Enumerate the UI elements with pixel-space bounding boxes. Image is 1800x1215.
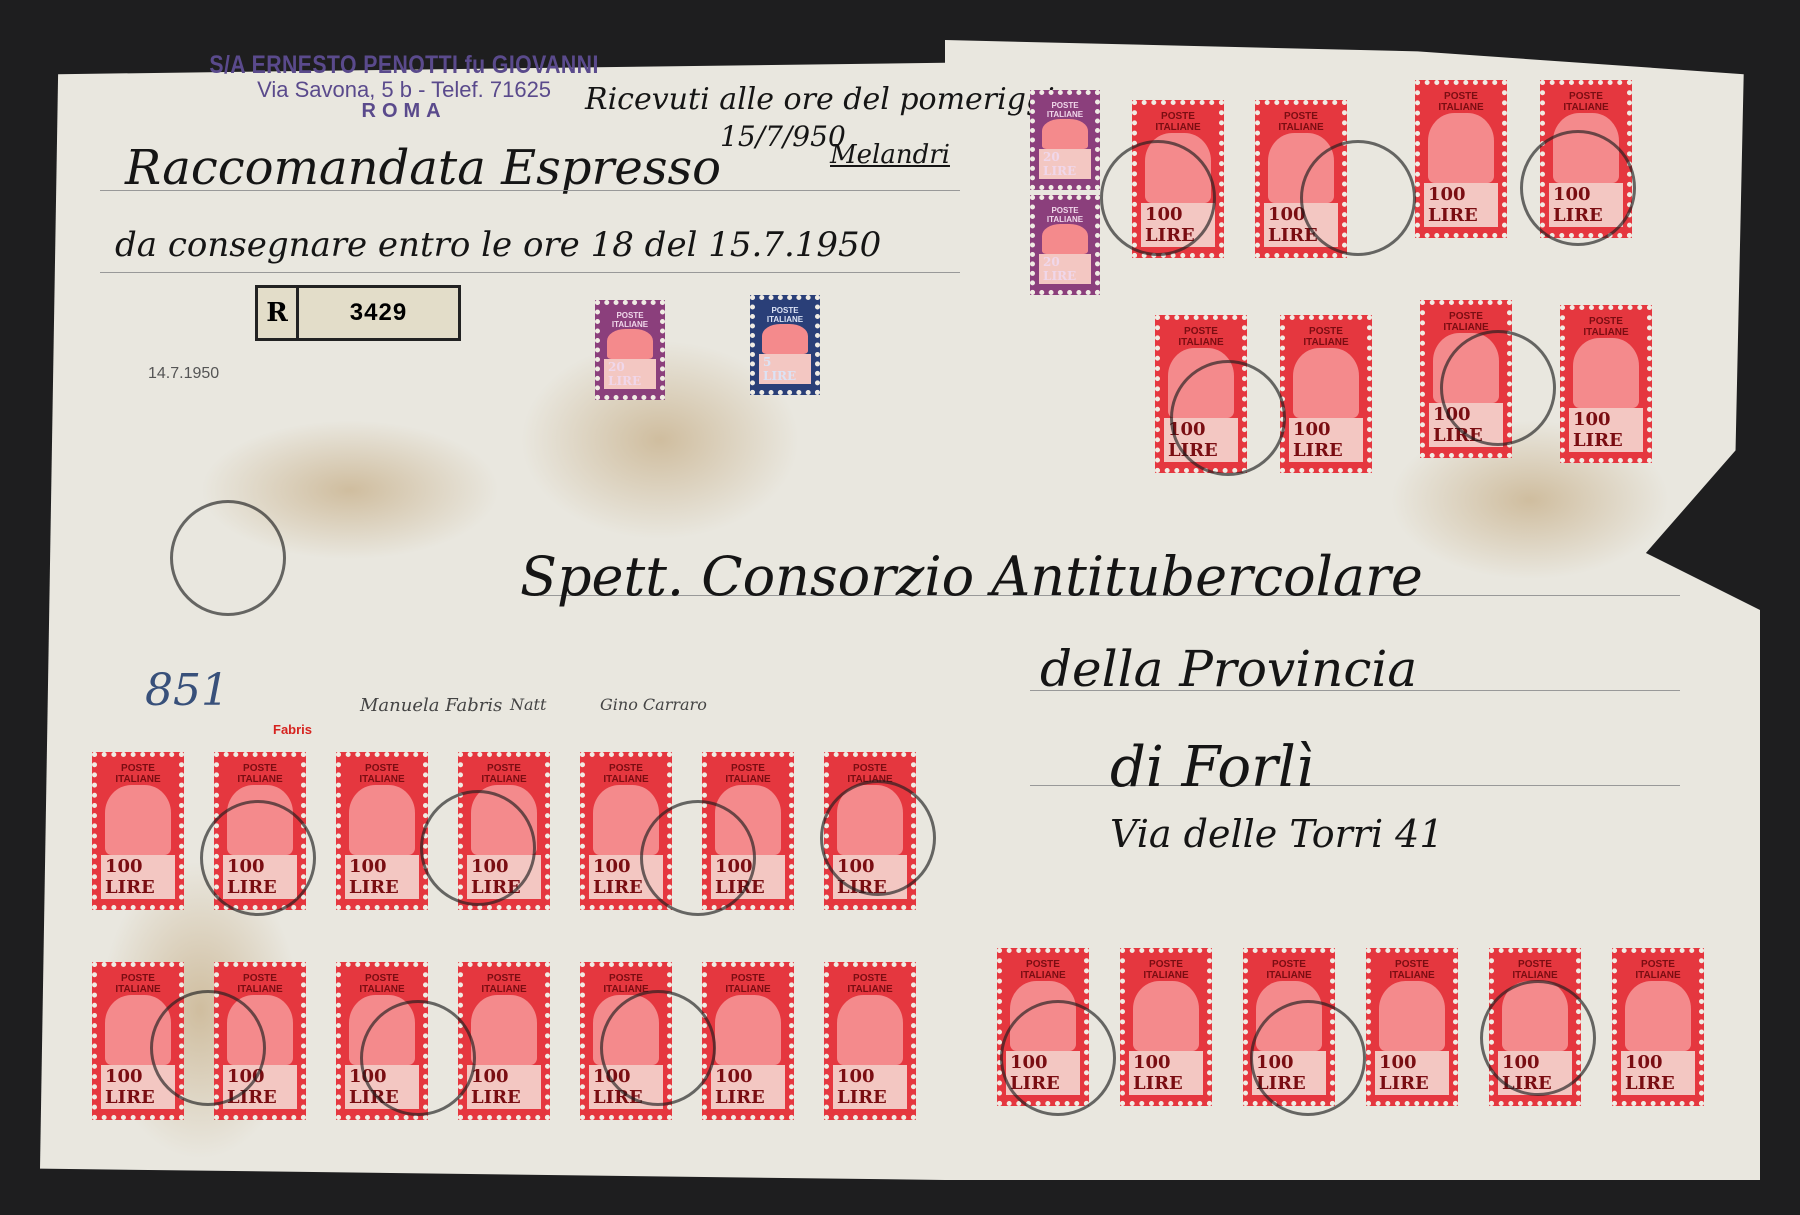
postmark	[1250, 1000, 1366, 1116]
stamp-figure	[607, 329, 653, 359]
stamp-value: 100 LIRE	[1129, 1051, 1203, 1095]
stamp-figure	[837, 995, 903, 1065]
stamp-issuer: POSTE ITALIANE	[1039, 101, 1091, 119]
stamp-issuer: POSTE ITALIANE	[1164, 326, 1238, 348]
sender-address: Via Savona, 5 b - Telef. 71625	[175, 78, 633, 101]
postmark	[1170, 360, 1286, 476]
stamp-100-lire: POSTE ITALIANE100 LIRE	[1366, 948, 1458, 1106]
stamp-value: 20 LIRE	[1039, 149, 1091, 179]
address-line-1: Spett. Consorzio Antitubercolare	[520, 545, 1423, 608]
postmark	[1100, 140, 1216, 256]
stamp-value: 100 LIRE	[711, 1065, 785, 1109]
postmark	[600, 990, 716, 1106]
stamp-value: 20 LIRE	[1039, 254, 1091, 284]
registration-letter: R	[258, 288, 299, 338]
postmark	[200, 800, 316, 916]
postmark	[640, 800, 756, 916]
address-line-2: della Provincia	[1040, 640, 1417, 698]
received-note: Ricevuti alle ore del pomeriggio	[585, 82, 1073, 117]
stamp-issuer: POSTE ITALIANE	[604, 311, 656, 329]
stamp-20-lire: POSTE ITALIANE20 LIRE	[1030, 90, 1100, 190]
delivery-instruction: da consegnare entro le ore 18 del 15.7.1…	[115, 225, 881, 265]
stamp-value: 100 LIRE	[1375, 1051, 1449, 1095]
stamp-issuer: POSTE ITALIANE	[1264, 111, 1338, 133]
stamp-value: 100 LIRE	[833, 1065, 907, 1109]
stamp-issuer: POSTE ITALIANE	[711, 973, 785, 995]
signature-2: Natt	[510, 695, 546, 714]
stamp-value: 20 LIRE	[604, 359, 656, 389]
stamp-issuer: POSTE ITALIANE	[1289, 326, 1363, 348]
stamp-figure	[1042, 224, 1088, 254]
stamp-issuer: POSTE ITALIANE	[1424, 91, 1498, 113]
postmark	[1440, 330, 1556, 446]
pencil-date: 14.7.1950	[148, 365, 219, 383]
stamp-figure	[1293, 348, 1359, 418]
postmark	[420, 790, 536, 906]
stamp-figure	[105, 785, 171, 855]
stamp-issuer: POSTE ITALIANE	[1621, 959, 1695, 981]
stamp-issuer: POSTE ITALIANE	[345, 763, 419, 785]
stamp-value: 100 LIRE	[1569, 408, 1643, 452]
postmark	[1000, 1000, 1116, 1116]
stamp-100-lire: POSTE ITALIANE100 LIRE	[1612, 948, 1704, 1106]
stamp-figure	[1625, 981, 1691, 1051]
received-signature: Melandri	[830, 140, 950, 170]
stamp-issuer: POSTE ITALIANE	[1252, 959, 1326, 981]
stamp-value: 100 LIRE	[1289, 418, 1363, 462]
stamp-figure	[471, 995, 537, 1065]
stamp-100-lire: POSTE ITALIANE100 LIRE	[92, 752, 184, 910]
address-line-3: di Forlì	[1110, 735, 1314, 800]
postmark	[150, 990, 266, 1106]
sender-city: ROMA	[175, 101, 633, 122]
stamp-issuer: POSTE ITALIANE	[101, 763, 175, 785]
stamp-issuer: POSTE ITALIANE	[223, 763, 297, 785]
stamp-value: 100 LIRE	[467, 1065, 541, 1109]
stamp-issuer: POSTE ITALIANE	[223, 973, 297, 995]
stamp-20-lire: POSTE ITALIANE20 LIRE	[1030, 195, 1100, 295]
registration-label: R 3429	[255, 285, 461, 341]
stamp-issuer: POSTE ITALIANE	[1569, 316, 1643, 338]
sender-name: S/A ERNESTO PENOTTI fu GIOVANNI	[209, 52, 598, 78]
stamp-figure	[762, 324, 808, 354]
stamp-issuer: POSTE ITALIANE	[759, 306, 811, 324]
stamp-20-lire: POSTE ITALIANE20 LIRE	[595, 300, 665, 400]
stamp-issuer: POSTE ITALIANE	[1006, 959, 1080, 981]
stamp-value: 100 LIRE	[101, 855, 175, 899]
stamp-issuer: POSTE ITALIANE	[345, 973, 419, 995]
address-line-4: Via delle Torri 41	[1110, 812, 1444, 856]
stamp-issuer: POSTE ITALIANE	[1498, 959, 1572, 981]
stamp-issuer: POSTE ITALIANE	[467, 763, 541, 785]
stamp-value: 100 LIRE	[1621, 1051, 1695, 1095]
postmark	[1520, 130, 1636, 246]
stamp-100-lire: POSTE ITALIANE100 LIRE	[1280, 315, 1372, 473]
stamp-figure	[349, 785, 415, 855]
stamp-issuer: POSTE ITALIANE	[1129, 959, 1203, 981]
postmark	[170, 500, 286, 616]
stamp-100-lire: POSTE ITALIANE100 LIRE	[1120, 948, 1212, 1106]
stamp-figure	[1133, 981, 1199, 1051]
sender-stamp: S/A ERNESTO PENOTTI fu GIOVANNI Via Savo…	[175, 52, 633, 122]
stamp-issuer: POSTE ITALIANE	[589, 763, 663, 785]
stamp-100-lire: POSTE ITALIANE100 LIRE	[1415, 80, 1507, 238]
stamp-issuer: POSTE ITALIANE	[467, 973, 541, 995]
stamp-issuer: POSTE ITALIANE	[711, 763, 785, 785]
pencil-number: 851	[145, 665, 229, 716]
service-type: Raccomandata Espresso	[125, 140, 721, 196]
stamp-figure	[1428, 113, 1494, 183]
stamp-100-lire: POSTE ITALIANE100 LIRE	[336, 752, 428, 910]
stamp-issuer: POSTE ITALIANE	[101, 973, 175, 995]
stamp-figure	[1042, 119, 1088, 149]
registration-number: 3429	[299, 299, 458, 327]
postmark	[820, 780, 936, 896]
stamp-figure	[1379, 981, 1445, 1051]
postmark	[1480, 980, 1596, 1096]
postmark	[360, 1000, 476, 1116]
stamp-value: 5 LIRE	[759, 354, 811, 384]
stamp-issuer: POSTE ITALIANE	[833, 973, 907, 995]
signature-3: Gino Carraro	[600, 695, 707, 714]
stamp-figure	[1573, 338, 1639, 408]
received-date: 15/7/950	[720, 120, 846, 153]
stamp-100-lire: POSTE ITALIANE100 LIRE	[1560, 305, 1652, 463]
stamp-100-lire: POSTE ITALIANE100 LIRE	[702, 962, 794, 1120]
stamp-issuer: POSTE ITALIANE	[1039, 206, 1091, 224]
postmark	[1300, 140, 1416, 256]
stamp-value: 100 LIRE	[345, 855, 419, 899]
stamp-issuer: POSTE ITALIANE	[1375, 959, 1449, 981]
stamp-5-lire: POSTE ITALIANE5 LIRE	[750, 295, 820, 395]
stamp-value: 100 LIRE	[1424, 183, 1498, 227]
stamp-figure	[715, 995, 781, 1065]
stamp-issuer: POSTE ITALIANE	[1141, 111, 1215, 133]
fabris-mark: Fabris	[273, 722, 312, 737]
stamp-100-lire: POSTE ITALIANE100 LIRE	[824, 962, 916, 1120]
stamp-issuer: POSTE ITALIANE	[1549, 91, 1623, 113]
signature-1: Manuela Fabris	[360, 695, 502, 716]
